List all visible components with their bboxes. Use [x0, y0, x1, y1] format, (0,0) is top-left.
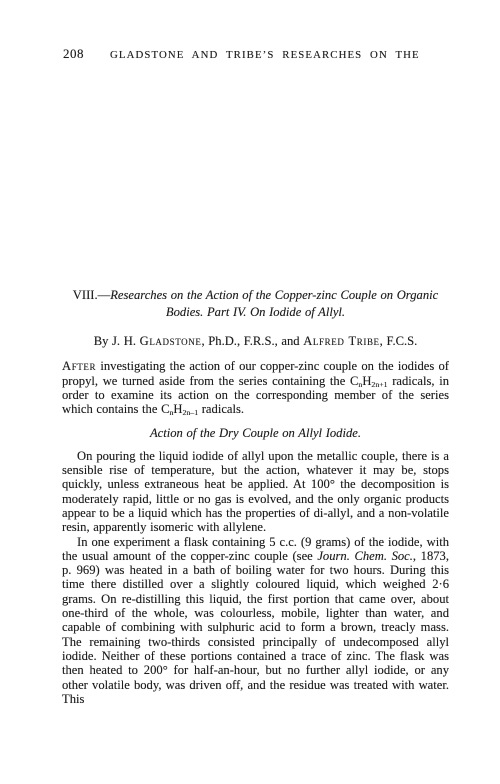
article-byline: By J. H. Gladstone, Ph.D., F.R.S., and A…	[62, 334, 449, 348]
section-heading: Action of the Dry Couple on Allyl Iodide…	[62, 426, 449, 440]
paragraph-dry-couple-action: On pouring the liquid iodide of allyl up…	[62, 449, 449, 535]
scanned-journal-page: 208 GLADSTONE AND TRIBE’S RESEARCHES ON …	[0, 0, 500, 784]
article-title: VIII.—Researches on the Action of the Co…	[62, 287, 449, 321]
paragraph-introduction: After investigating the action of our co…	[62, 359, 449, 416]
article-body: VIII.—Researches on the Action of the Co…	[62, 287, 449, 706]
running-title: GLADSTONE AND TRIBE’S RESEARCHES ON THE	[110, 49, 420, 61]
page-number: 208	[63, 46, 84, 62]
paragraph-experiment: In one experiment a flask containing 5 c…	[62, 535, 449, 707]
page-header: 208 GLADSTONE AND TRIBE’S RESEARCHES ON …	[63, 46, 450, 62]
